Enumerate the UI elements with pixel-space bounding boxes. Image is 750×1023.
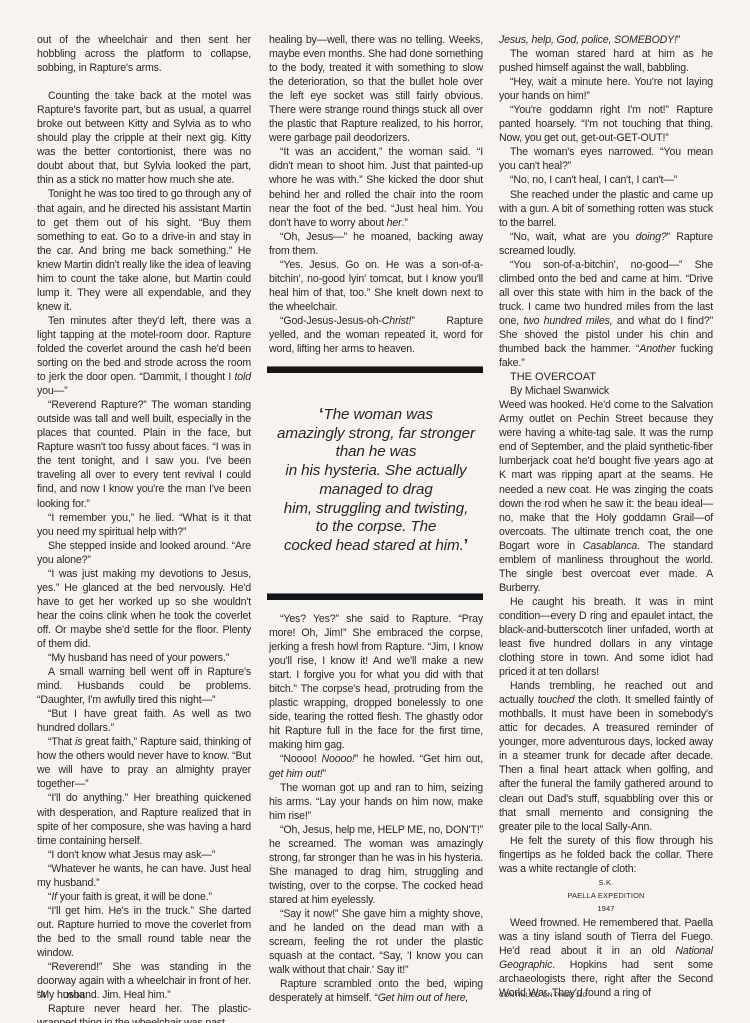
paragraph: “God-Jesus-Jesus-oh-Christ!” Rapture yel…: [269, 314, 483, 356]
pull-quote-line: cocked head stared at him.’: [266, 537, 486, 556]
paragraph: “Yes. Jesus. Go on. He was a son-of-a-bi…: [269, 258, 483, 314]
paragraph: healing by—well, there was no telling. W…: [269, 33, 483, 145]
paragraph: He caught his breath. It was in mint con…: [499, 595, 713, 679]
page-footer: 54OMNI: [37, 991, 84, 1000]
emphasis: touched: [538, 694, 575, 706]
paragraph: “Whatever he wants, he can have. Just he…: [37, 862, 251, 890]
emphasis: Christ!: [382, 315, 412, 327]
paragraph: “It was an accident,” the woman said. “I…: [269, 145, 483, 229]
label-initials: S.K.: [499, 876, 713, 889]
paragraph: “No, wait, what are you doing?” Rapture …: [499, 230, 713, 258]
paragraph: Rapture scrambled onto the bed, wiping d…: [269, 977, 483, 1005]
paragraph: “Say it now!” She gave him a mighty shov…: [269, 907, 483, 977]
paragraph: Ten minutes after they'd left, there was…: [37, 314, 251, 398]
text: ”: [323, 768, 326, 780]
paragraph: Weed frowned. He remembered that. Paella…: [499, 916, 713, 1000]
paragraph: Counting the take back at the motel was …: [37, 89, 251, 187]
pull-quote-top-rule: [267, 366, 483, 373]
label-year: 1947: [499, 902, 713, 915]
middle-column-top: healing by—well, there was no telling. W…: [269, 33, 483, 356]
emphasis: get him out!: [269, 768, 323, 780]
paragraph: “Noooo! Noooo!” he howled. “Get him out,…: [269, 752, 483, 780]
paragraph: He felt the surety of this flow through …: [499, 834, 713, 876]
pull-quote-line: than he was: [266, 443, 486, 462]
text: .”: [402, 217, 408, 229]
text: your faith is great, it will be done.”: [57, 891, 212, 903]
middle-column-bottom: “Yes? Yes?” she said to Rapture. “Pray m…: [269, 612, 483, 1005]
text: you—”: [37, 385, 67, 397]
paragraph: “Oh, Jesus—” he moaned, backing away fro…: [269, 230, 483, 258]
story-title: THE OVERCOAT: [499, 370, 713, 384]
text: “Noooo!: [280, 753, 321, 765]
paragraph: “You son-of-a-bitchin', no-good—” She cl…: [499, 258, 713, 370]
paragraph: “I'll do anything.” Her breathing quicke…: [37, 791, 251, 847]
paragraph: The woman got up and ran to him, seizing…: [269, 781, 483, 823]
paragraph: The woman's eyes narrowed. “You mean you…: [499, 145, 713, 173]
text: cocked head stared at him.: [284, 537, 464, 554]
text: Ten minutes after they'd left, there was…: [37, 315, 251, 383]
paragraph: “I'll get him. He's in the truck.” She d…: [37, 904, 251, 960]
pull-quote-line: ‘The woman was: [266, 406, 486, 425]
pull-quote-line: to the corpse. The: [266, 518, 486, 537]
magazine-page: out of the wheelchair and then sent her …: [0, 0, 750, 1023]
paragraph: “Yes? Yes?” she said to Rapture. “Pray m…: [269, 612, 483, 752]
paragraph: Jesus, help, God, police, SOMEBODY!”: [499, 33, 713, 47]
text: the cloth. It smelled faintly of mothbal…: [499, 694, 713, 832]
emphasis: Another: [639, 343, 675, 355]
text: “God-Jesus-Jesus-oh-: [280, 315, 382, 327]
paragraph: “No, no, I can't heal, I can't, I can't—…: [499, 173, 713, 187]
paragraph: “I remember you,” he lied. “What is it t…: [37, 511, 251, 539]
continued-notice: CONTINUED ON PAGE 110: [499, 992, 587, 999]
paragraph: “My husband has need of your powers.”: [37, 651, 251, 665]
magazine-name: OMNI: [63, 991, 84, 1000]
paragraph: “I was just making my devotions to Jesus…: [37, 567, 251, 651]
text: “It was an accident,” the woman said. “I…: [269, 146, 483, 228]
emphasis: her: [387, 217, 402, 229]
pull-quote-line: in his hysteria. She actually: [266, 462, 486, 481]
text: Weed was hooked. He'd come to the Salvat…: [499, 399, 713, 551]
paragraph: She reached under the plastic and came u…: [499, 188, 713, 230]
paragraph: “If your faith is great, it will be done…: [37, 890, 251, 904]
page-number: 54: [37, 991, 46, 1000]
paragraph: Hands trembling, he reached out and actu…: [499, 679, 713, 834]
paragraph: “Hey, wait a minute here. You're not lay…: [499, 75, 713, 103]
emphasis: Noooo!: [321, 753, 354, 765]
emphasis: Casablanca: [583, 540, 637, 552]
paragraph: “But I have great faith. As well as two …: [37, 707, 251, 735]
paragraph: Rapture never heard her. The plastic-wra…: [37, 1002, 251, 1023]
emphasis: two hundred miles,: [523, 315, 612, 327]
pull-quote-line: amazingly strong, far stronger: [266, 425, 486, 444]
paragraph: “Oh, Jesus, help me, HELP ME, no, DON'T!…: [269, 823, 483, 907]
text: “That: [48, 736, 75, 748]
pull-quote-bottom-rule: [267, 593, 483, 600]
emphasis: Get him out of here,: [378, 992, 469, 1004]
close-quote-mark-icon: ’: [464, 537, 468, 554]
paragraph: out of the wheelchair and then sent her …: [37, 33, 251, 75]
pull-quote: ‘The woman was amazingly strong, far str…: [266, 406, 486, 556]
emphasis: doing?: [636, 231, 667, 243]
paragraph: A small warning bell went off in Rapture…: [37, 665, 251, 707]
story-byline: By Michael Swanwick: [499, 384, 713, 398]
paragraph: “You're goddamn right I'm not!” Rapture …: [499, 103, 713, 145]
paragraph: The woman stared hard at him as he pushe…: [499, 47, 713, 75]
text: ”: [677, 34, 680, 46]
emphasis: told: [235, 371, 251, 383]
emphasis: Jesus, help, God, police, SOMEBODY!: [499, 34, 677, 46]
text: ” he howled. “Get him out,: [355, 753, 483, 765]
text: “No, wait, what are you: [510, 231, 636, 243]
right-column: Jesus, help, God, police, SOMEBODY!” The…: [499, 33, 713, 1000]
pull-quote-line: managed to drag: [266, 481, 486, 500]
paragraph: “That is great faith,” Rapture said, thi…: [37, 735, 251, 791]
paragraph: She stepped inside and looked around. “A…: [37, 539, 251, 567]
left-column: out of the wheelchair and then sent her …: [37, 33, 251, 1023]
paragraph: “I don't know what Jesus may ask—”: [37, 848, 251, 862]
text: The woman was: [324, 406, 433, 423]
label-expedition: PAELLA EXPEDITION: [499, 889, 713, 902]
paragraph: “Reverend Rapture?” The woman standing o…: [37, 398, 251, 510]
paragraph: Weed was hooked. He'd come to the Salvat…: [499, 398, 713, 595]
pull-quote-line: him, struggling and twisting,: [266, 500, 486, 519]
paragraph: Tonight he was too tired to go through a…: [37, 187, 251, 313]
